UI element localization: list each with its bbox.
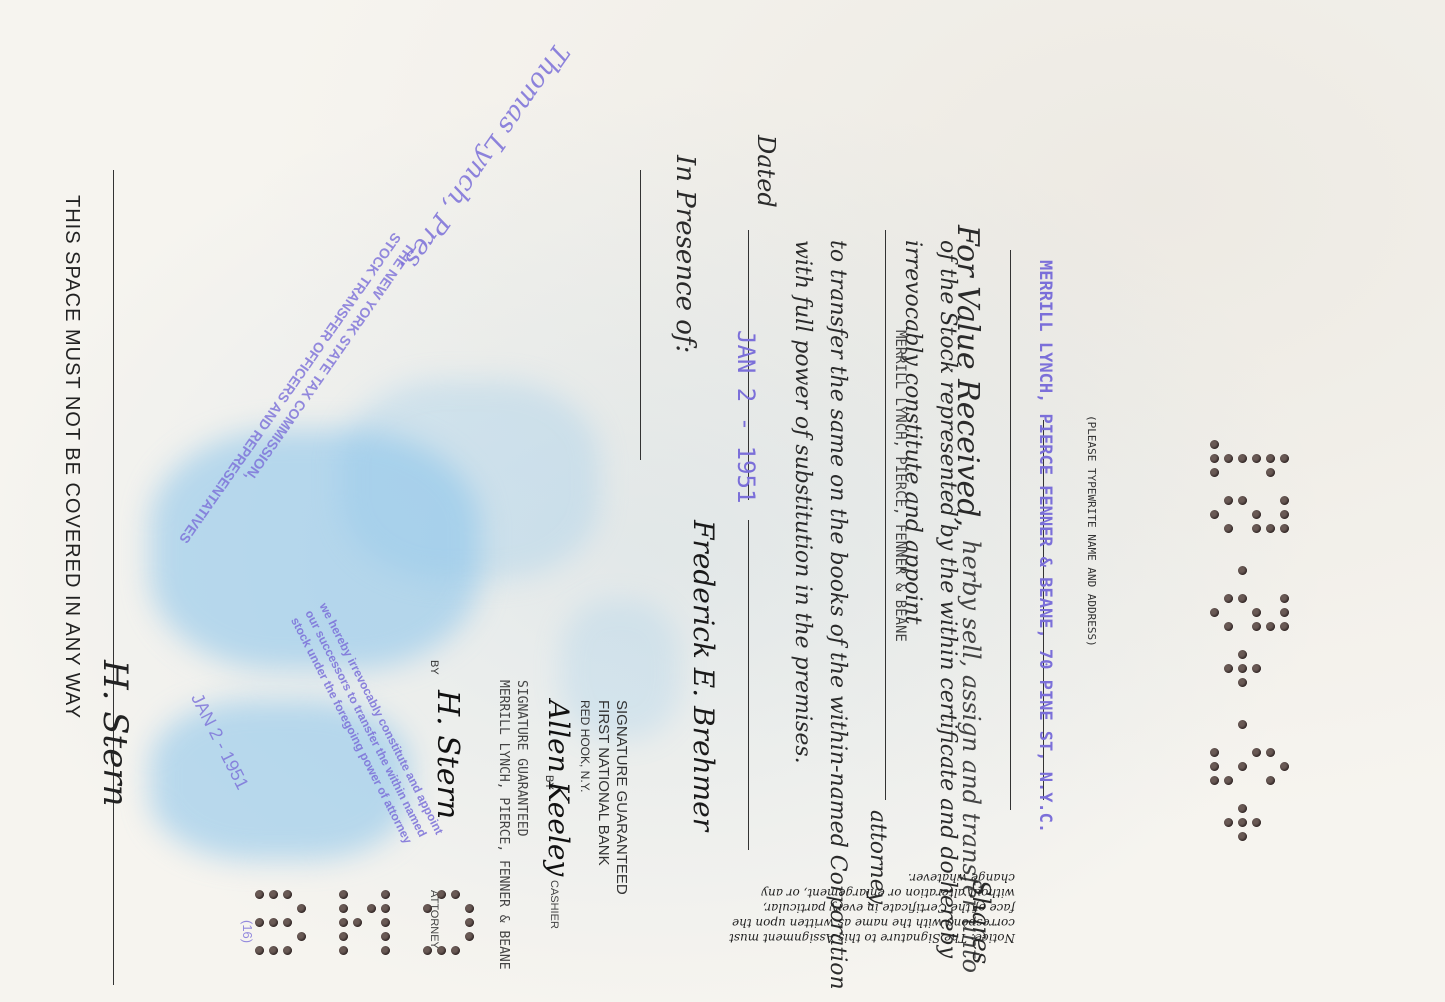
bank-location: RED HOOK, N.Y. (576, 700, 594, 895)
perforation-hole (1210, 510, 1219, 519)
attorney-name-stamp: MERRILL LYNCH, PIERCE, FENNER & BEANE (892, 330, 908, 642)
perforation-hole (1280, 510, 1289, 519)
perforation-hole (1280, 454, 1289, 463)
perforation-hole (1224, 664, 1233, 673)
perforation-hole (1238, 832, 1247, 841)
perforation-hole (1210, 454, 1219, 463)
perforation-hole (381, 946, 390, 955)
perforation-hole (1280, 524, 1289, 533)
broker-by-label: BY (428, 660, 440, 675)
perforation-hole (381, 918, 390, 927)
perforation-hole (1266, 776, 1275, 785)
perforation-hole (1238, 650, 1247, 659)
perforation-hole (381, 904, 390, 913)
perforation-hole (1238, 762, 1247, 771)
perforation-hole (1224, 622, 1233, 631)
perforation-hole (1280, 594, 1289, 603)
perforation-hole (465, 904, 474, 913)
perforation-hole (1238, 720, 1247, 729)
perforation-hole (1238, 496, 1247, 505)
perforation-hole (339, 918, 348, 927)
perforation-hole (1210, 748, 1219, 757)
perforation-hole (1252, 664, 1261, 673)
perforation-hole (269, 946, 278, 955)
bank-name: FIRST NATIONAL BANK (594, 700, 612, 895)
perforation-hole (1252, 622, 1261, 631)
perforation-hole (1280, 762, 1289, 771)
attorney-signature: H. Stern (430, 690, 465, 819)
dated-label: Dated (752, 135, 780, 208)
substitution-signature: H. Stern (95, 660, 135, 807)
perforation-hole (1224, 594, 1233, 603)
perforation-hole (465, 918, 474, 927)
perforation-hole (339, 946, 348, 955)
broker-guarantee-heading: SIGNATURE GUARANTEED (512, 680, 530, 970)
perforation-hole (1238, 678, 1247, 687)
perforation-hole (1280, 496, 1289, 505)
perforation-hole (423, 904, 432, 913)
perforation-hole (381, 890, 390, 899)
perforation-hole (1266, 748, 1275, 757)
perforation-hole (255, 890, 264, 899)
perforation-hole (465, 932, 474, 941)
perforation-hole (339, 890, 348, 899)
body-line-1: of the Stock represented by the within c… (935, 240, 960, 958)
broker-guarantee: SIGNATURE GUARANTEED MERRILL LYNCH, PIER… (494, 680, 530, 970)
perforation-hole (1224, 524, 1233, 533)
perforation-hole (255, 918, 264, 927)
perforation-hole (381, 932, 390, 941)
perforation-hole (1210, 762, 1219, 771)
assignee-stamp: MERRILL LYNCH, PIERCE FENNER & BEANE, 70… (1035, 260, 1055, 833)
cashier-label: CASHIER (548, 880, 560, 929)
signature-notice: Notice: The Signature to this Assignment… (715, 870, 1015, 945)
perforation-hole (1210, 468, 1219, 477)
perforation-hole (339, 932, 348, 941)
perforation-hole (437, 946, 446, 955)
perforation-hole (1210, 608, 1219, 617)
perforation-hole (1210, 776, 1219, 785)
presence-label: In Presence of: (670, 155, 700, 353)
margin-rule (113, 170, 114, 985)
perforation-hole (353, 918, 362, 927)
perforation-hole (297, 932, 306, 941)
perforation-hole (1238, 664, 1247, 673)
perforation-hole (255, 946, 264, 955)
shares-line (1010, 250, 1011, 810)
perforation-hole (1252, 748, 1261, 757)
attorney-line (885, 230, 886, 800)
perforation-hole (1224, 818, 1233, 827)
broker-firm: MERRILL LYNCH, PIERCE, FENNER & BEANE (494, 680, 512, 970)
perforation-hole (1224, 496, 1233, 505)
perforation-hole (1224, 776, 1233, 785)
perforation-hole (1252, 524, 1261, 533)
cashier-signature: Allen Keeley (542, 700, 575, 876)
perforation-hole (1266, 524, 1275, 533)
perforation-hole (1210, 440, 1219, 449)
date-stamp: JAN 2 - 1951 (732, 330, 760, 503)
perforation-hole (1266, 622, 1275, 631)
perforation-hole (1266, 454, 1275, 463)
perforation-hole (283, 890, 292, 899)
perforation-hole (1252, 818, 1261, 827)
perforation-hole (269, 890, 278, 899)
perforation-hole (297, 904, 306, 913)
perforation-hole (1224, 454, 1233, 463)
perforation-hole (1238, 804, 1247, 813)
substitution-code: (16) (240, 920, 255, 943)
perforation-hole (1238, 454, 1247, 463)
bank-guarantee-heading: SIGNATURE GUARANTEED (612, 700, 630, 895)
perforation-hole (367, 904, 376, 913)
blue-ink-wash (340, 380, 600, 580)
perforation-hole (451, 946, 460, 955)
bank-guarantee: SIGNATURE GUARANTEED FIRST NATIONAL BANK… (576, 700, 630, 895)
perforation-hole (451, 890, 460, 899)
perforation-hole (339, 904, 348, 913)
perforation-hole (1238, 594, 1247, 603)
perforation-hole (1280, 622, 1289, 631)
broker-attorney-label: ATTORNEY (428, 890, 440, 949)
typewrite-instruction: (PLEASE TYPEWRITE NAME AND ADDRESS) (1085, 415, 1098, 647)
perforation-hole (437, 890, 446, 899)
perforation-hole (1266, 468, 1275, 477)
perforation-hole (283, 946, 292, 955)
signature-line (748, 520, 749, 850)
margin-notice: THIS SPACE MUST NOT BE COVERED IN ANY WA… (60, 195, 83, 719)
perforation-hole (1252, 510, 1261, 519)
perforation-hole (423, 946, 432, 955)
perforation-hole (269, 918, 278, 927)
perforation-hole (1238, 566, 1247, 575)
body-line-4: with full power of substitution in the p… (790, 240, 815, 764)
witness-line (640, 170, 641, 460)
perforation-hole (1280, 608, 1289, 617)
holder-signature: Frederick E. Brehmer (687, 520, 720, 831)
perforation-hole (1252, 608, 1261, 617)
perforation-hole (283, 918, 292, 927)
perforation-hole (1238, 818, 1247, 827)
perforation-hole (1252, 454, 1261, 463)
